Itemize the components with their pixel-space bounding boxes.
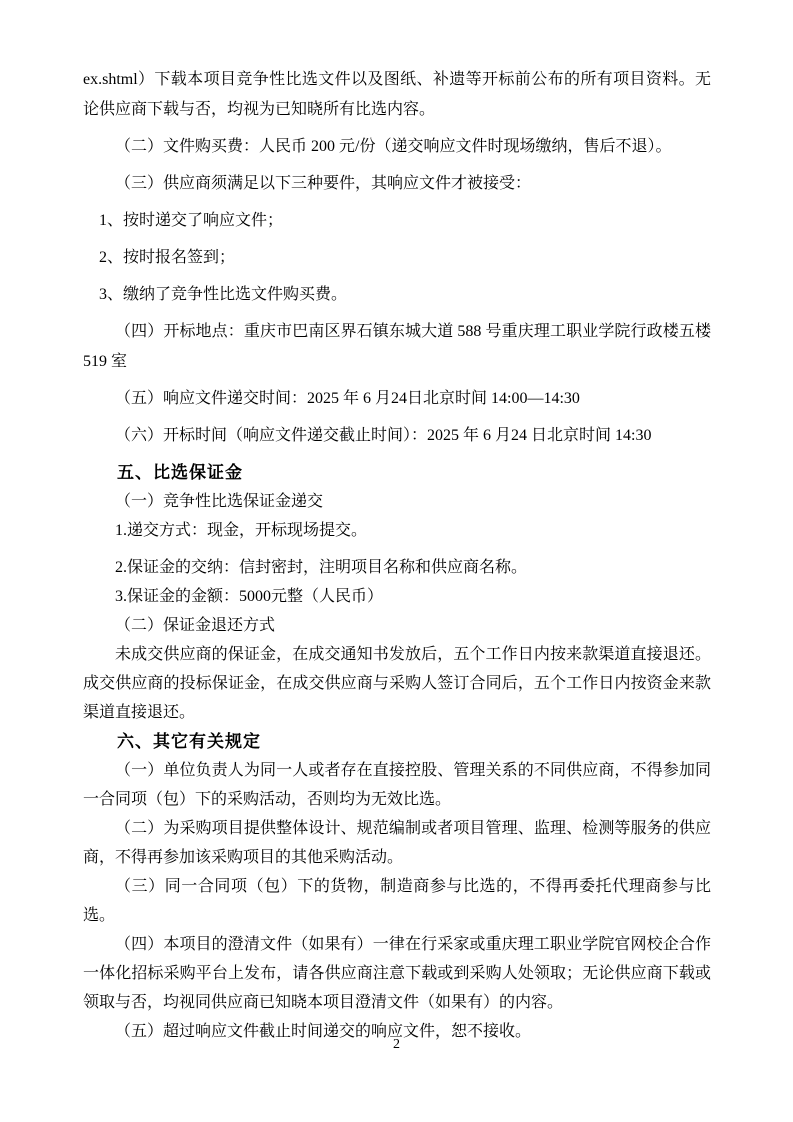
- paragraph-condition-2: 2、按时报名签到；: [83, 243, 711, 273]
- paragraph-deposit-delivery: 2.保证金的交纳：信封密封，注明项目名称和供应商名称。: [83, 553, 711, 582]
- page-number: 2: [0, 1036, 793, 1054]
- paragraph-rule-3: （三）同一合同项（包）下的货物，制造商参与比选的，不得再委托代理商参与比选。: [83, 872, 711, 930]
- document-page: ex.shtml）下载本项目竞争性比选文件以及图纸、补遗等开标前公布的所有项目资…: [83, 65, 711, 1046]
- paragraph-condition-1: 1、按时递交了响应文件；: [83, 206, 711, 236]
- paragraph-rule-1: （一）单位负责人为同一人或者存在直接控股、管理关系的不同供应商，不得参加同一合同…: [83, 756, 711, 814]
- paragraph-response-submission-time: （五）响应文件递交时间：2025 年 6 月24日北京时间 14:00—14:3…: [83, 384, 711, 414]
- paragraph-deposit-refund-heading: （二）保证金退还方式: [83, 611, 711, 640]
- paragraph-bid-opening-location: （四）开标地点：重庆市巴南区界石镇东城大道 588 号重庆理工职业学院行政楼五楼…: [83, 317, 711, 377]
- section-other-rules: 六、其它有关规定 （一）单位负责人为同一人或者存在直接控股、管理关系的不同供应商…: [83, 727, 711, 1046]
- paragraph-acceptance-conditions: （三）供应商须满足以下三种要件，其响应文件才被接受：: [83, 169, 711, 199]
- paragraph-bid-opening-time: （六）开标时间（响应文件递交截止时间）：2025 年 6 月24 日北京时间 1…: [83, 421, 711, 451]
- paragraph-deposit-method: 1.递交方式：现金，开标现场提交。: [83, 516, 711, 545]
- paragraph-deposit-amount: 3.保证金的金额：5000元整（人民币）: [83, 582, 711, 611]
- paragraph-deposit-refund-detail: 未成交供应商的保证金，在成交通知书发放后，五个工作日内按来款渠道直接退还。成交供…: [83, 640, 711, 727]
- paragraph-rule-2: （二）为采购项目提供整体设计、规范编制或者项目管理、监理、检测等服务的供应商，不…: [83, 814, 711, 872]
- paragraph-condition-3: 3、缴纳了竞争性比选文件购买费。: [83, 280, 711, 310]
- section-heading-5: 五、比选保证金: [83, 458, 711, 487]
- paragraph-rule-4: （四）本项目的澄清文件（如果有）一律在行采家或重庆理工职业学院官网校企合作一体化…: [83, 930, 711, 1017]
- paragraph-download-notice: ex.shtml）下载本项目竞争性比选文件以及图纸、补遗等开标前公布的所有项目资…: [83, 65, 711, 125]
- paragraph-deposit-submission: （一）竞争性比选保证金递交: [83, 487, 711, 516]
- section-deposit: 五、比选保证金 （一）竞争性比选保证金递交 1.递交方式：现金，开标现场提交。 …: [83, 458, 711, 727]
- section-heading-6: 六、其它有关规定: [83, 727, 711, 756]
- paragraph-document-fee: （二）文件购买费：人民币 200 元/份（递交响应文件时现场缴纳，售后不退）。: [83, 132, 711, 162]
